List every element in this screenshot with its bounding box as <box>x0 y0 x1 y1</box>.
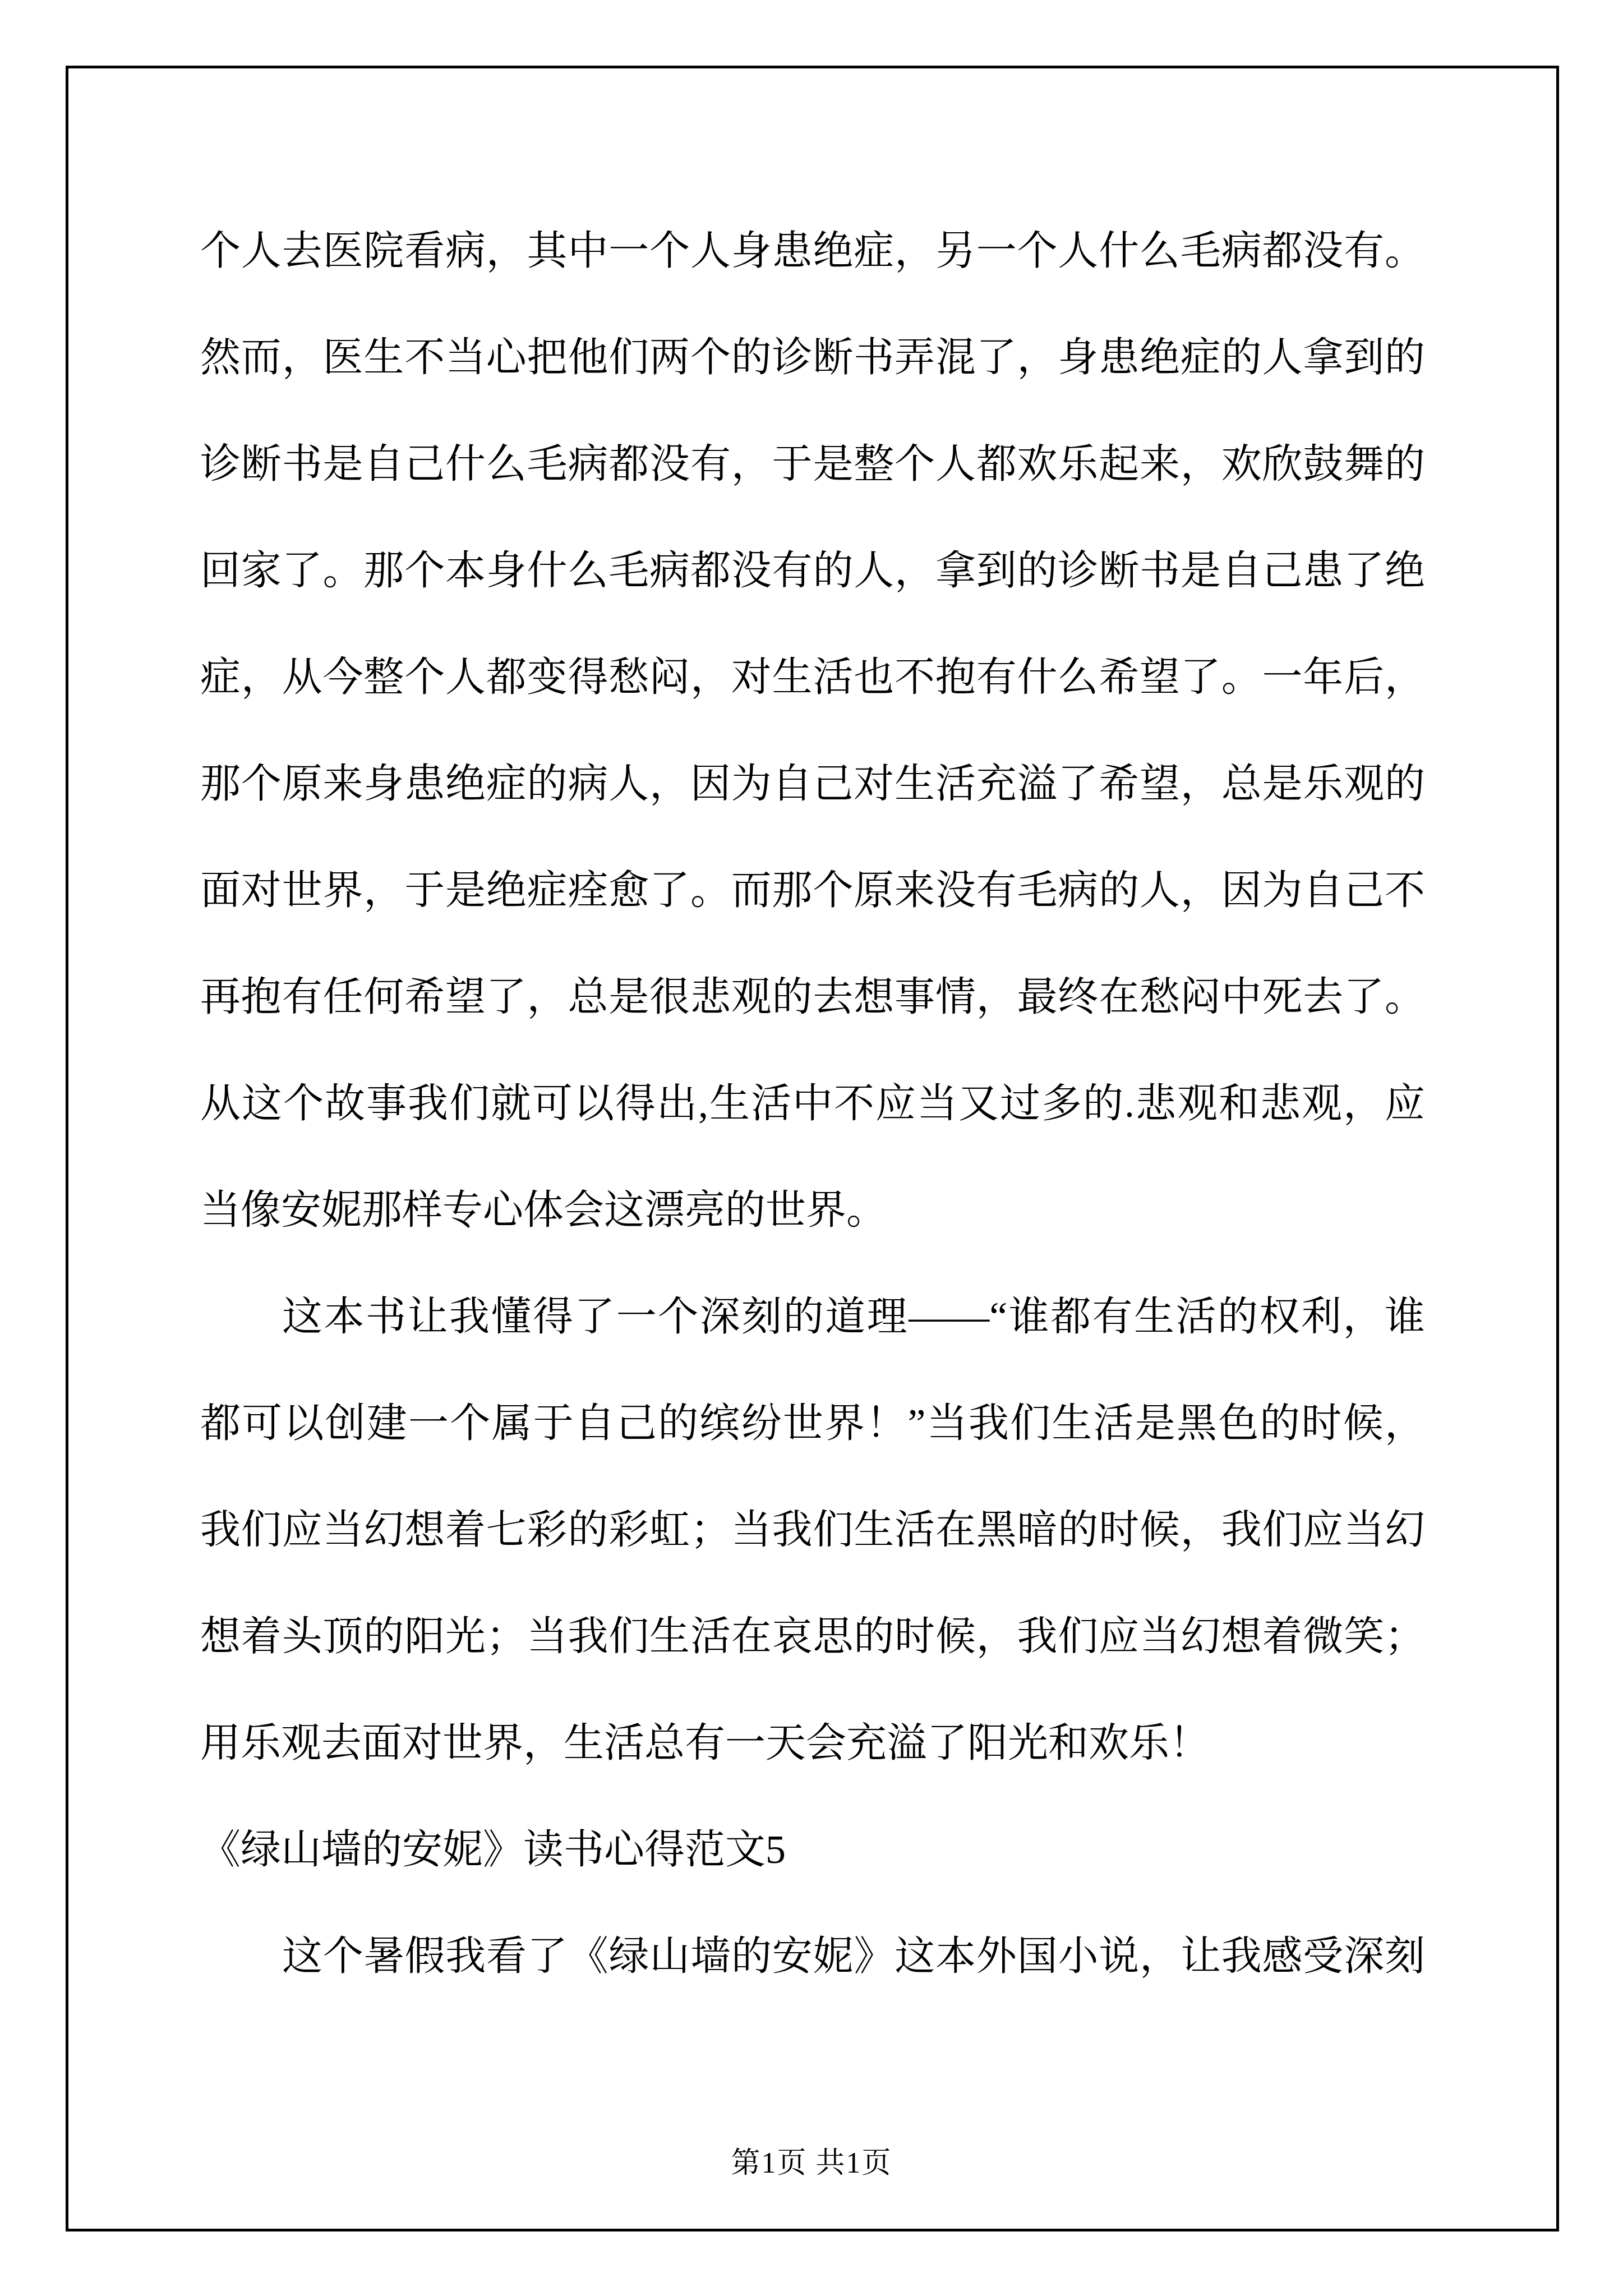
text-line: 想着头顶的阳光；当我们生活在哀思的时候，我们应当幻想着微笑； <box>200 1583 1425 1690</box>
text-line: 然而，医生不当心把他们两个的诊断书弄混了，身患绝症的人拿到的 <box>200 304 1425 411</box>
text-line: 回家了。那个本身什么毛病都没有的人，拿到的诊断书是自己患了绝 <box>200 517 1425 624</box>
text-line: 诊断书是自己什么毛病都没有，于是整个人都欢乐起来，欢欣鼓舞的 <box>200 411 1425 517</box>
document-page: { "page": { "background_color": "#ffffff… <box>0 0 1623 2296</box>
document-text-block: 个人去医院看病，其中一个人身患绝症，另一个人什么毛病都没有。 然而，医生不当心把… <box>200 197 1425 2009</box>
text-line paragraph-start: 这本书让我懂得了一个深刻的道理——“谁都有生活的权利，谁 <box>200 1263 1425 1370</box>
text-line: 都可以创建一个属于自己的缤纷世界！”当我们生活是黑色的时候， <box>200 1370 1425 1476</box>
section-heading-line: 《绿山墙的安妮》读书心得范文5 <box>200 1796 1425 1903</box>
text-line: 我们应当幻想着七彩的彩虹；当我们生活在黑暗的时候，我们应当幻 <box>200 1476 1425 1583</box>
text-line: 用乐观去面对世界，生活总有一天会充溢了阳光和欢乐！ <box>200 1690 1425 1796</box>
text-line paragraph-start: 这个暑假我看了《绿山墙的安妮》这本外国小说，让我感受深刻 <box>200 1903 1425 2009</box>
page-footer: 第1页 共1页 <box>0 2144 1623 2183</box>
text-line: 个人去医院看病，其中一个人身患绝症，另一个人什么毛病都没有。 <box>200 197 1425 304</box>
text-line: 再抱有任何希望了，总是很悲观的去想事情，最终在愁闷中死去了。 <box>200 944 1425 1050</box>
text-line: 从这个故事我们就可以得出,生活中不应当又过多的.悲观和悲观，应 <box>200 1050 1425 1157</box>
text-line: 那个原来身患绝症的病人，因为自己对生活充溢了希望，总是乐观的 <box>200 730 1425 837</box>
text-line: 症，从今整个人都变得愁闷，对生活也不抱有什么希望了。一年后， <box>200 624 1425 730</box>
text-line: 面对世界，于是绝症痊愈了。而那个原来没有毛病的人，因为自己不 <box>200 837 1425 944</box>
text-line: 当像安妮那样专心体会这漂亮的世界。 <box>200 1157 1425 1263</box>
